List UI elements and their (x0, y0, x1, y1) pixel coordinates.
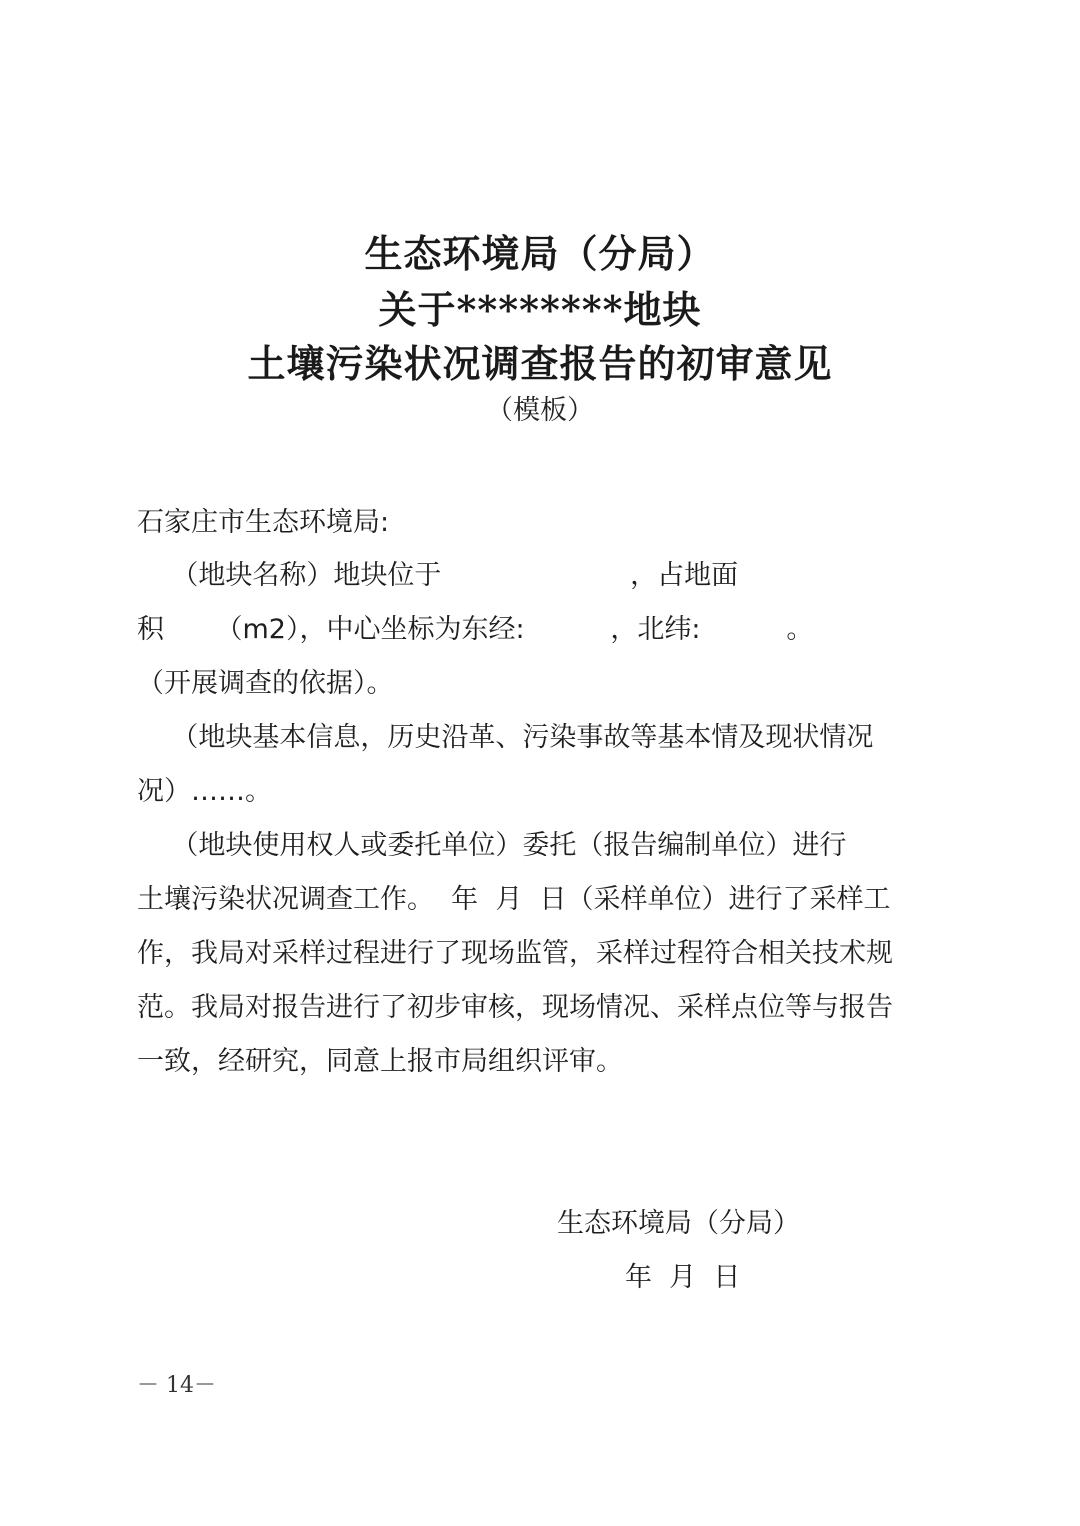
page-number: － 14－ (137, 1372, 216, 1400)
document-body: 石家庄市生态环境局: （地块名称）地块位于 ，占地面 积 （m2），中心坐标为东… (0, 0, 34, 468)
body-line: 积 （m2），中心坐标为东经: ，北纬: 。 (137, 612, 813, 648)
body-line: 一致，经研究，同意上报市局组织评审。 (137, 1044, 623, 1080)
title-line-subject: 关于********地块 (0, 288, 1080, 332)
body-line: 况）……。 (137, 774, 272, 810)
body-line: （地块名称）地块位于 ，占地面 (137, 558, 738, 594)
signature-date: 年 月 日 (625, 1260, 740, 1296)
salutation: 石家庄市生态环境局: (137, 505, 389, 541)
title-line-issuer: 生态环境局（分局） (0, 232, 1080, 276)
body-line: 土壤污染状况调查工作。 年 月 日（采样单位）进行了采样工 (137, 882, 891, 918)
body-line: 作，我局对采样过程进行了现场监管，采样过程符合相关技术规 (137, 936, 893, 972)
document-subtitle: （模板） (0, 394, 1080, 428)
signature-issuer: 生态环境局（分局） (557, 1206, 800, 1242)
body-line: （地块使用权人或委托单位）委托（报告编制单位）进行 (137, 828, 846, 864)
body-line: （开展调查的依据）。 (137, 666, 394, 702)
title-line-topic: 土壤污染状况调查报告的初审意见 (0, 342, 1080, 386)
body-line: （地块基本信息，历史沿革、污染事故等基本情及现状情况 (137, 720, 873, 756)
body-line: 范。我局对报告进行了初步审核，现场情况、采样点位等与报告 (137, 990, 893, 1026)
document-page: 生态环境局（分局） 关于********地块 土壤污染状况调查报告的初审意见 （… (0, 0, 1080, 1526)
